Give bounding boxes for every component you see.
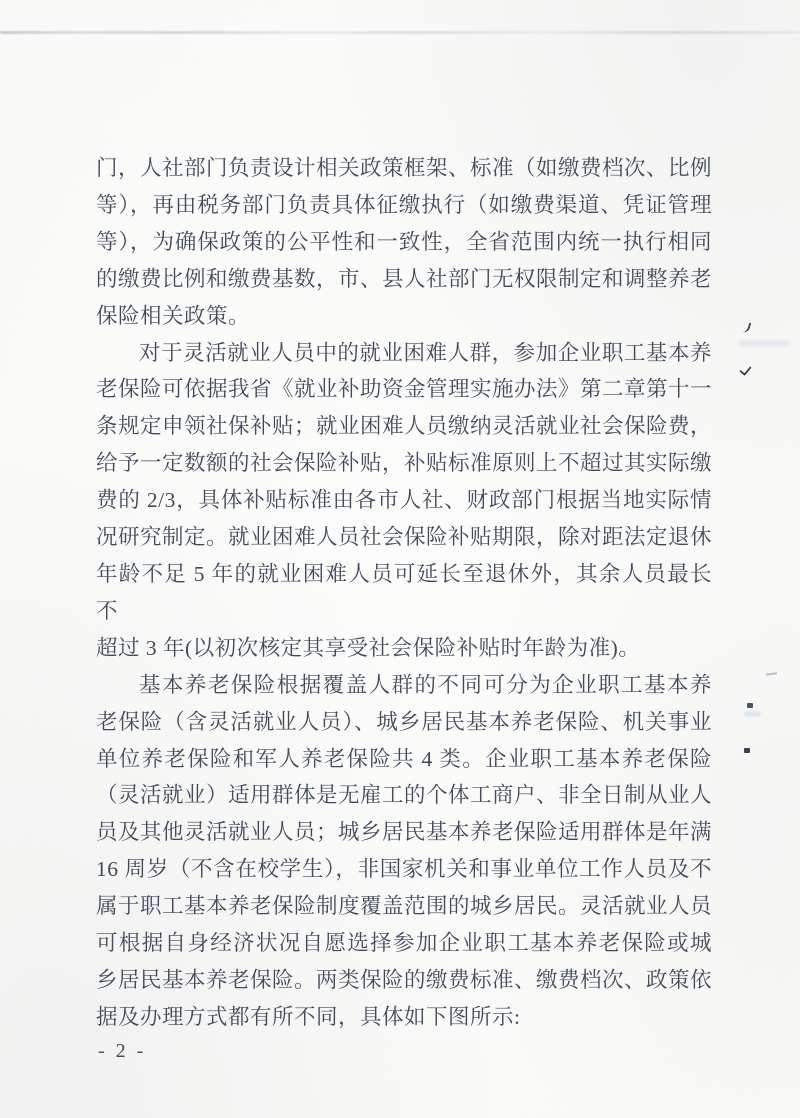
ink-speck (747, 703, 753, 708)
ink-speck-dash (766, 672, 777, 675)
text-line: 超过 3 年(以初次核定其享受社会保险补贴时年龄为准)。 (96, 630, 712, 667)
text-line: 单位养老保险和军人养老保险共 4 类。企业职工基本养老保险 (96, 741, 712, 778)
text-line: 老保险（含灵活就业人员）、城乡居民基本养老保险、机关事业 (96, 704, 712, 741)
text-line: 基本养老保险根据覆盖人群的不同可分为企业职工基本养 (96, 667, 712, 704)
text-line: 门，人社部门负责设计相关政策框架、标准（如缴费档次、比例 (96, 150, 712, 187)
scanned-document-page: 门，人社部门负责设计相关政策框架、标准（如缴费档次、比例 等），再由税务部门负责… (0, 0, 800, 1118)
text-line: 给予一定数额的社会保险补贴，补贴标准原则上不超过其实际缴 (96, 445, 712, 482)
text-line: 条规定申领社保补贴；就业困难人员缴纳灵活就业社会保险费， (96, 408, 712, 445)
ink-smudge (744, 711, 761, 717)
scanner-streak-artifact (0, 31, 800, 34)
ink-speck-comma (741, 321, 751, 334)
text-line: 费的 2/3，具体补贴标准由各市人社、财政部门根据当地实际情 (96, 482, 712, 519)
text-line: 保险相关政策。 (96, 298, 712, 335)
text-line: 况研究制定。就业困难人员社会保险补贴期限，除对距法定退休 (96, 519, 712, 556)
text-line: 等），为确保政策的公平性和一致性，全省范围内统一执行相同 (96, 224, 712, 261)
text-line: 老保险可依据我省《就业补助资金管理实施办法》第二章第十一 (96, 371, 712, 408)
text-line: 乡居民基本养老保险。两类保险的缴费标准、缴费档次、政策依 (96, 962, 712, 999)
text-line: 属于职工基本养老保险制度覆盖范围的城乡居民。灵活就业人员 (96, 888, 712, 925)
text-line: （灵活就业）适用群体是无雇工的个体工商户、非全日制从业人 (96, 777, 712, 814)
paragraph-insurance-categories: 基本养老保险根据覆盖人群的不同可分为企业职工基本养 老保险（含灵活就业人员）、城… (96, 667, 712, 1036)
paragraph-subsidy-rules: 对于灵活就业人员中的就业困难人群，参加企业职工基本养 老保险可依据我省《就业补助… (96, 335, 712, 667)
ink-speck (744, 748, 750, 753)
text-line: 可根据自身经济状况自愿选择参加企业职工基本养老保险或城 (96, 925, 712, 962)
document-body: 门，人社部门负责设计相关政策框架、标准（如缴费档次、比例 等），再由税务部门负责… (96, 150, 712, 1036)
paragraph-policy-execution: 门，人社部门负责设计相关政策框架、标准（如缴费档次、比例 等），再由税务部门负责… (96, 150, 712, 335)
text-line: 16 周岁（不含在校学生），非国家机关和事业单位工作人员及不 (96, 851, 712, 888)
text-line: 的缴费比例和缴费基数，市、县人社部门无权限制定和调整养老 (96, 261, 712, 298)
text-line: 据及办理方式都有所不同，具体如下图所示: (96, 999, 712, 1036)
text-line: 等），再由税务部门负责具体征缴执行（如缴费渠道、凭证管理 (96, 187, 712, 224)
text-line: 员及其他灵活就业人员；城乡居民基本养老保险适用群体是年满 (96, 814, 712, 851)
text-line: 对于灵活就业人员中的就业困难人群，参加企业职工基本养 (96, 335, 712, 372)
page-number: - 2 - (98, 1040, 146, 1063)
ink-speck-checkmark (739, 363, 751, 376)
text-line: 年龄不足 5 年的就业困难人员可延长至退休外，其余人员最长不 (96, 556, 712, 630)
ink-smudge (738, 340, 790, 347)
